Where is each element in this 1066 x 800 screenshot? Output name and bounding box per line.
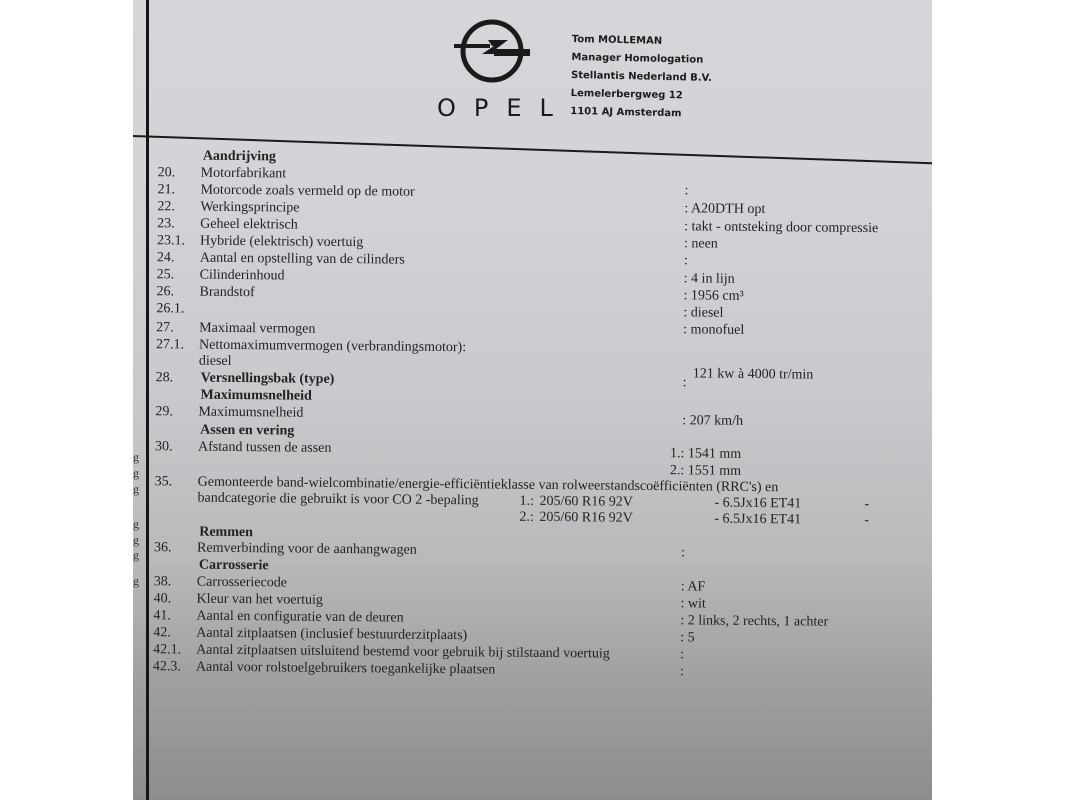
- section-heading: Remmen: [199, 525, 253, 542]
- spec-number: 21.: [157, 182, 175, 198]
- spec-value: : 207 km/h: [682, 413, 743, 430]
- rim-size: - 6.5Jx16 ET41: [714, 496, 801, 513]
- spec-value: : neen: [684, 236, 718, 252]
- spec-label: Maximumsnelheid: [198, 405, 303, 422]
- spec-number: 28.: [156, 370, 174, 386]
- spec-value: : A20DTH opt: [684, 201, 765, 218]
- spec-value: : 4 in lijn: [684, 271, 735, 287]
- spec-list: Aandrijving 20. Motorfabrikant 21. Motor…: [133, 0, 932, 800]
- spec-value: : AF: [681, 579, 706, 595]
- spec-label: Hybride (elektrisch) voertuig: [200, 234, 363, 252]
- spec-label: Maximaal vermogen: [199, 321, 315, 338]
- spec-label: Geheel elektrisch: [200, 217, 298, 234]
- spec-label: Kleur van het voertuig: [197, 592, 324, 609]
- spec-value: :: [681, 545, 685, 561]
- document-page: g g g g g g g OPEL Tom MOLLEMAN Manager …: [133, 0, 932, 800]
- spec-value: : 5: [680, 630, 695, 646]
- spec-label: Nettomaximumvermogen (verbrandingsmotor)…: [199, 338, 466, 357]
- spec-number: 22.: [157, 199, 175, 215]
- spec-label: Brandstof: [199, 285, 254, 302]
- spec-label: Aantal zitplaatsen (inclusief bestuurder…: [196, 626, 467, 645]
- tyre-extra: -: [864, 513, 869, 529]
- tyre-index: 1.:: [519, 494, 534, 510]
- spec-label: diesel: [199, 354, 232, 370]
- spec-value: :: [684, 253, 688, 269]
- spec-number: 20.: [158, 165, 176, 181]
- spec-label: Motorcode zoals vermeld op de motor: [200, 183, 414, 201]
- spec-value: : 1956 cm³: [683, 288, 743, 305]
- rim-size: - 6.5Jx16 ET41: [714, 512, 801, 529]
- tyre-index: 2.:: [519, 510, 534, 526]
- spec-number: 26.1.: [156, 301, 184, 317]
- spec-number: 35.: [155, 474, 173, 490]
- spec-label: bandcategorie die gebruikt is voor CO 2 …: [197, 491, 478, 510]
- spec-value: :: [684, 183, 688, 199]
- tyre-size: 205/60 R16 92V: [539, 510, 632, 527]
- spec-number: 25.: [157, 267, 175, 283]
- spec-value: : 2 links, 2 rechts, 1 achter: [680, 613, 828, 630]
- spec-number: 23.1.: [157, 233, 185, 249]
- spec-number: 23.: [157, 216, 175, 232]
- spec-value: 2.: 1551 mm: [670, 463, 741, 480]
- section-heading: Carrosserie: [199, 558, 269, 575]
- section-heading: Maximumsnelheid: [200, 388, 311, 405]
- tyre-extra: -: [864, 497, 869, 513]
- spec-value: :: [680, 664, 684, 680]
- spec-label: Aantal voor rolstoelgebruikers toegankel…: [196, 660, 495, 679]
- spec-value: 121 kw à 4000 tr/min: [693, 366, 814, 383]
- section-heading: Aandrijving: [203, 149, 276, 166]
- spec-number: 42.1.: [153, 642, 181, 658]
- section-heading: Versnellingsbak (type): [201, 371, 335, 388]
- spec-label: Cilinderinhoud: [200, 268, 285, 285]
- spec-label: Remverbinding voor de aanhangwagen: [197, 541, 417, 559]
- spec-number: 27.1.: [156, 337, 184, 353]
- section-heading: Assen en vering: [200, 423, 294, 440]
- spec-label: Carrosseriecode: [197, 575, 287, 592]
- spec-number: 41.: [153, 608, 171, 624]
- spec-number: 29.: [155, 404, 173, 420]
- spec-number: 27.: [156, 320, 174, 336]
- spec-number: 40.: [154, 591, 172, 607]
- spec-value: : diesel: [683, 305, 723, 321]
- spec-number: 30.: [155, 439, 173, 455]
- spec-number: 26.: [156, 284, 174, 300]
- spec-label: Aantal en configuratie van de deuren: [196, 609, 403, 627]
- spec-number: 36.: [154, 540, 172, 556]
- spec-value: : wit: [680, 596, 705, 612]
- spec-number: 38.: [154, 574, 172, 590]
- spec-label: Aantal en opstelling van de cilinders: [200, 251, 405, 269]
- spec-number: 24.: [157, 250, 175, 266]
- spec-value: 1.: 1541 mm: [670, 446, 741, 463]
- tyre-size: 205/60 R16 92V: [539, 494, 632, 511]
- spec-value: :: [680, 647, 684, 663]
- spec-number: 42.: [153, 625, 171, 641]
- spec-value: :: [683, 375, 687, 391]
- spec-number: 42.3.: [153, 659, 181, 675]
- spec-value: : takt - ontsteking door compressie: [684, 219, 878, 237]
- spec-label: Afstand tussen de assen: [198, 440, 332, 457]
- spec-label: Motorfabrikant: [201, 166, 287, 183]
- spec-value: : monofuel: [683, 322, 744, 339]
- spec-label: Werkingsprincipe: [200, 200, 299, 217]
